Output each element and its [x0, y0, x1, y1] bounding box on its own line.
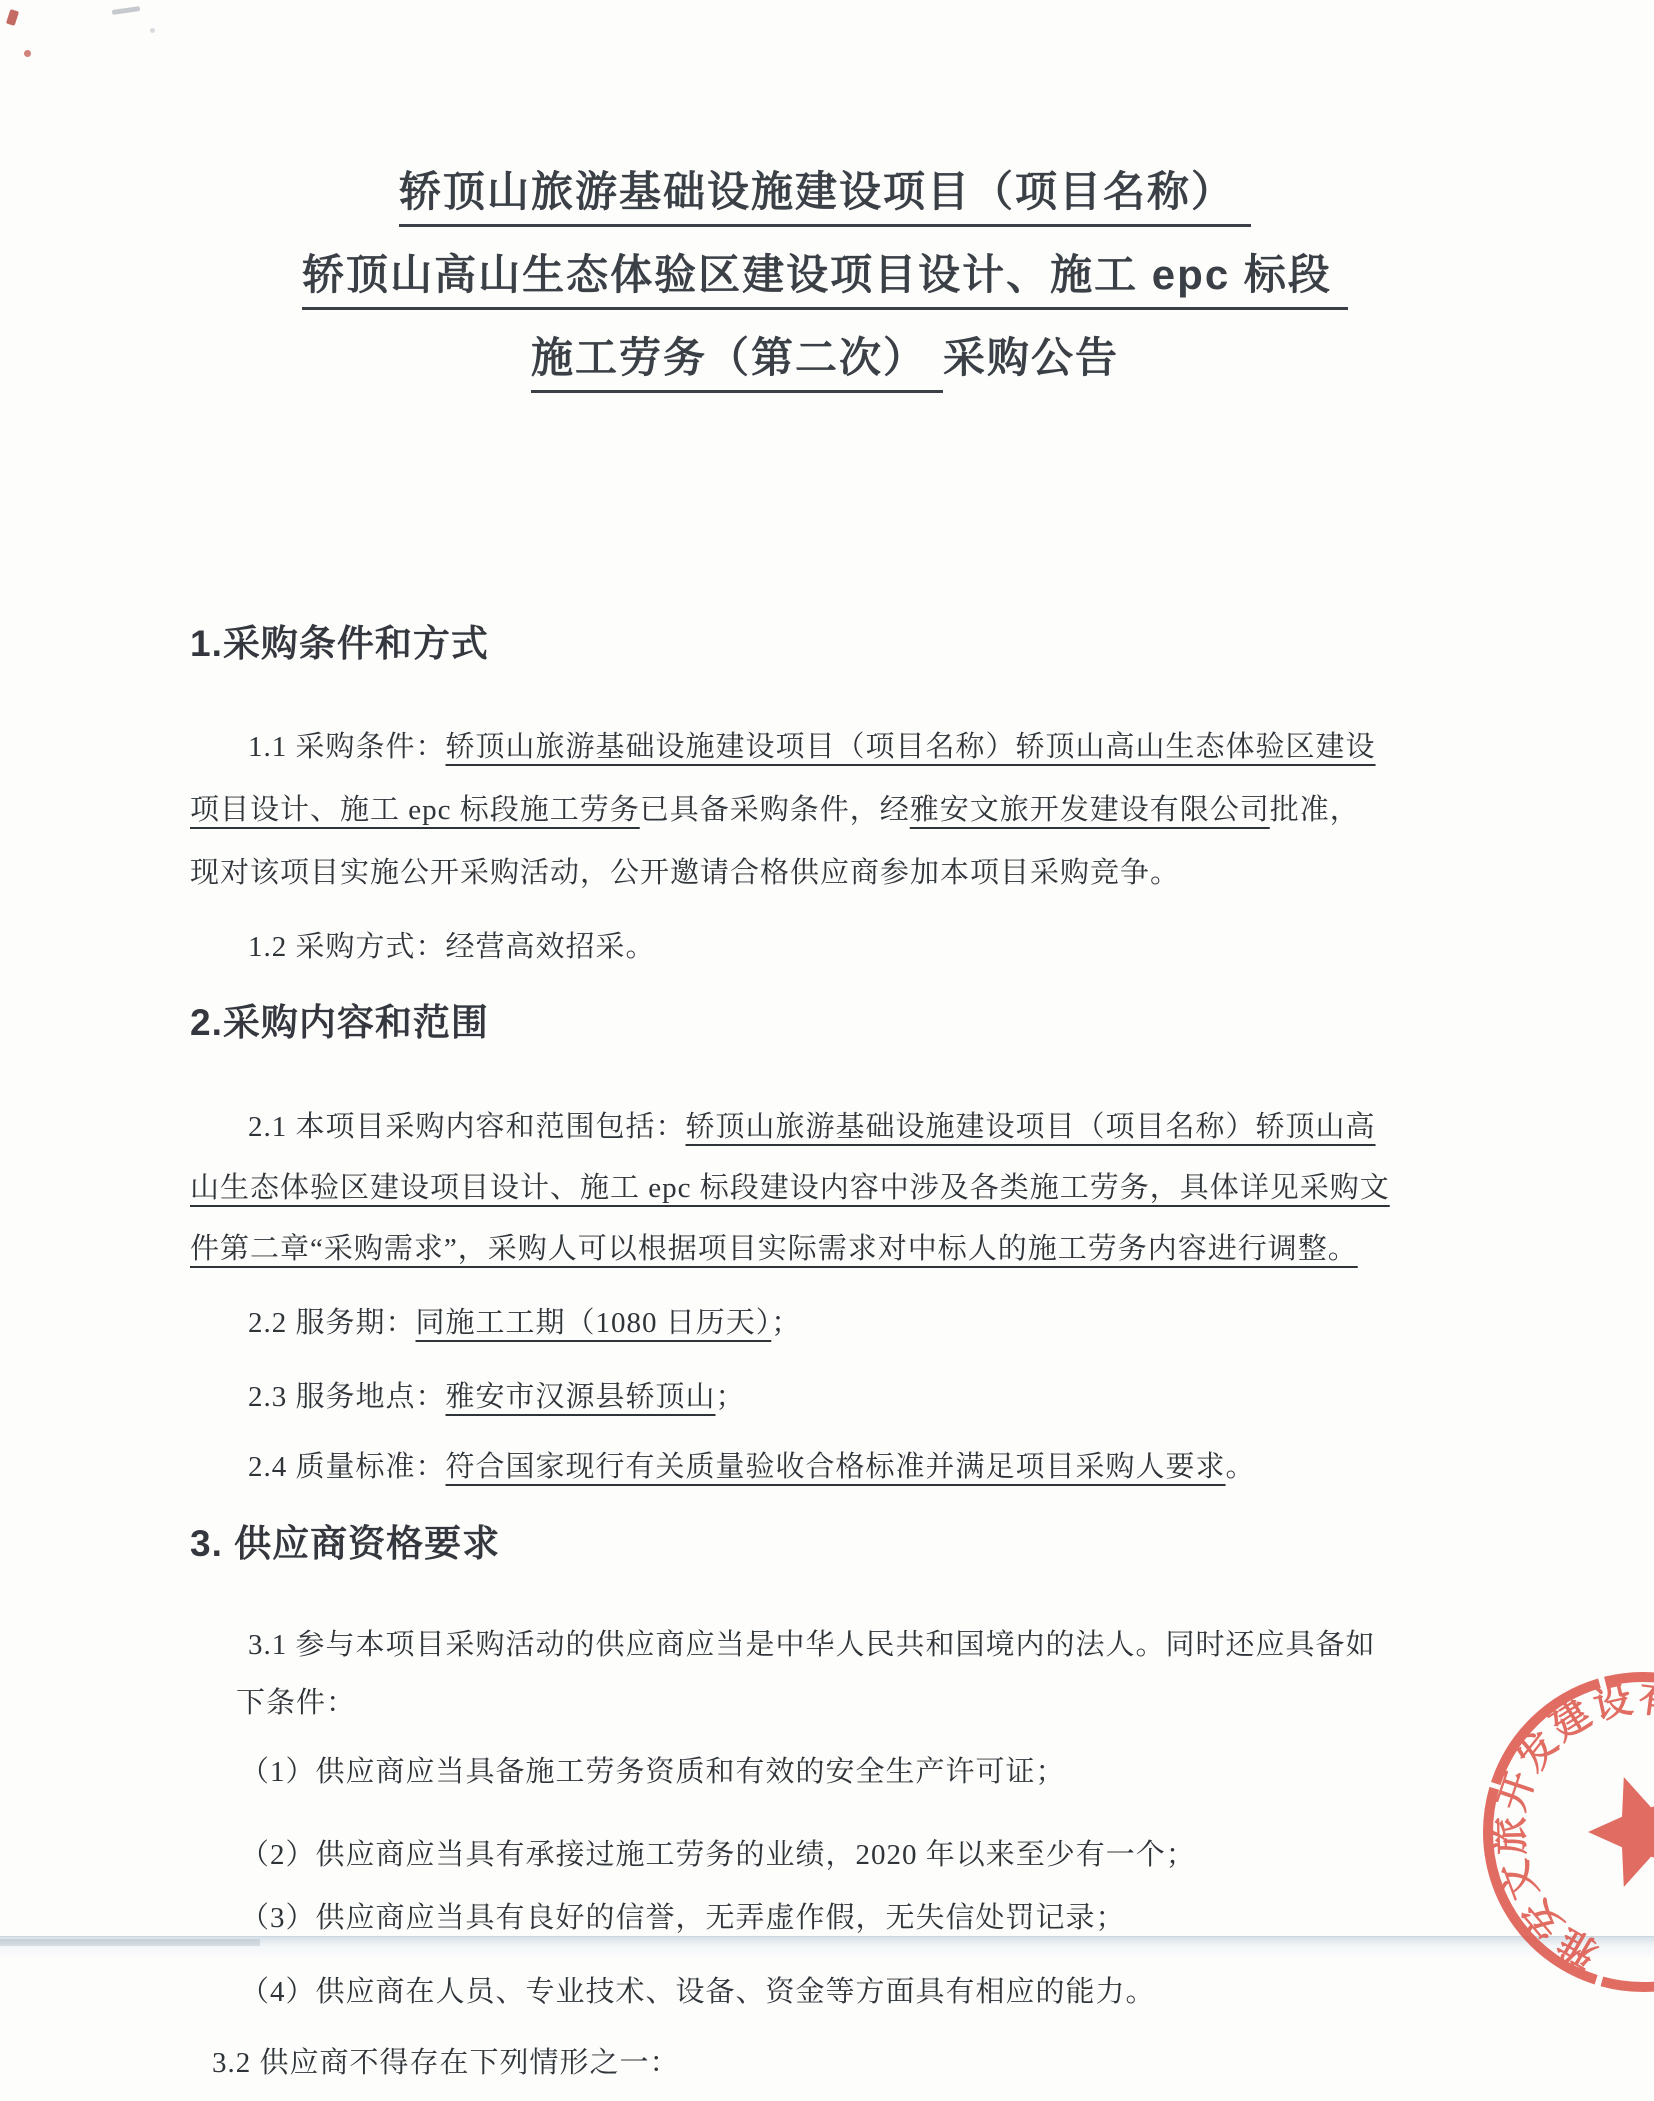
scan-speck [112, 6, 140, 15]
plain-text: （4）供应商在人员、专业技术、设备、资金等方面具有相应的能力。 [240, 1976, 1156, 2008]
para-1-2-line-1: 1.2 采购方式：经营高效招采。 [190, 926, 1538, 968]
para-2-1-line-2: 山生态体验区建设项目设计、施工 epc 标段建设内容中涉及各类施工劳务，具体详见… [190, 1167, 1480, 1209]
plain-text: 2.2 服务期： [248, 1307, 416, 1339]
condition-item-2: （2）供应商应当具有承接过施工劳务的业绩，2020 年以来至少有一个； [190, 1834, 1530, 1876]
para-3-2-line-1: 3.2 供应商不得存在下列情形之一： [190, 2042, 1502, 2084]
scanned-document-page: 轿顶山旅游基础设施建设项目（项目名称） 轿顶山高山生态体验区建设项目设计、施工 … [0, 0, 1654, 2101]
plain-text: 1.2 采购方式：经营高效招采。 [248, 931, 656, 963]
underlined-text: 同施工工期（1080 日历天） [416, 1307, 772, 1339]
para-3-1-line-1: 3.1 参与本项目采购活动的供应商应当是中华人民共和国境内的法人。同时还应具备如 [190, 1624, 1538, 1666]
plain-text: 3.1 参与本项目采购活动的供应商应当是中华人民共和国境内的法人。同时还应具备如 [248, 1629, 1376, 1661]
para-2-4-line-1: 2.4 质量标准：符合国家现行有关质量验收合格标准并满足项目采购人要求。 [190, 1446, 1538, 1488]
document-title-line-3: 施工劳务（第二次）采购公告 [190, 330, 1460, 386]
plain-text: 1.1 采购条件： [248, 731, 446, 763]
para-2-1-line-3: 件第二章“采购需求”，采购人可以根据项目实际需求对中标人的施工劳务内容进行调整。 [190, 1228, 1480, 1270]
scan-speck [24, 50, 31, 57]
plain-text: （3）供应商应当具有良好的信誉，无弄虚作假，无失信处罚记录； [240, 1902, 1126, 1934]
plain-text: 下条件： [236, 1687, 356, 1719]
para-1-1-line-1: 1.1 采购条件：轿顶山旅游基础设施建设项目（项目名称）轿顶山高山生态体验区建设 [190, 726, 1538, 768]
plain-text: 2.3 服务地点： [248, 1381, 446, 1413]
underlined-text: 轿顶山旅游基础设施建设项目（项目名称）轿顶山高山生态体验区建设 [446, 731, 1376, 763]
document-title-line-1: 轿顶山旅游基础设施建设项目（项目名称） [190, 164, 1460, 220]
condition-item-4: （4）供应商在人员、专业技术、设备、资金等方面具有相应的能力。 [190, 1971, 1530, 2013]
section-heading-2: 2.采购内容和范围 [190, 999, 489, 1047]
company-seal: 雅安文旅开发建设有限公司 [1455, 1645, 1654, 2045]
document-title-line-2: 轿顶山高山生态体验区建设项目设计、施工 epc 标段 [190, 247, 1460, 303]
condition-item-1: （1）供应商应当具备施工劳务资质和有效的安全生产许可证； [190, 1751, 1530, 1793]
plain-text: ； [771, 1307, 801, 1339]
underlined-text: 轿顶山高山生态体验区建设项目设计、施工 epc 标段 [302, 251, 1348, 310]
plain-text: 2.4 质量标准： [248, 1451, 446, 1483]
underlined-text: 雅安市汉源县轿顶山 [446, 1381, 716, 1413]
para-2-1-line-1: 2.1 本项目采购内容和范围包括：轿顶山旅游基础设施建设项目（项目名称）轿顶山高 [190, 1106, 1538, 1148]
plain-text: 现对该项目实施公开采购活动，公开邀请合格供应商参加本项目采购竞争。 [190, 857, 1180, 889]
para-2-2-line-1: 2.2 服务期：同施工工期（1080 日历天）； [190, 1302, 1538, 1344]
para-2-3-line-1: 2.3 服务地点：雅安市汉源县轿顶山； [190, 1376, 1538, 1418]
plain-text: （2）供应商应当具有承接过施工劳务的业绩，2020 年以来至少有一个； [240, 1839, 1196, 1871]
scan-artifact-smudge [0, 1939, 260, 1946]
underlined-text: 轿顶山旅游基础设施建设项目（项目名称）轿顶山高 [686, 1111, 1376, 1143]
section-heading-3: 3. 供应商资格要求 [190, 1520, 500, 1568]
underlined-text: 雅安文旅开发建设有限公司 [910, 794, 1270, 826]
para-1-1-line-3: 现对该项目实施公开采购活动，公开邀请合格供应商参加本项目采购竞争。 [190, 852, 1480, 894]
para-1-1-line-2: 项目设计、施工 epc 标段施工劳务已具备采购条件，经雅安文旅开发建设有限公司批… [190, 789, 1480, 831]
scan-speck [150, 28, 155, 33]
plain-text: 3.2 供应商不得存在下列情形之一： [212, 2047, 680, 2079]
plain-text: 已具备采购条件，经 [640, 794, 910, 826]
underlined-text: 山生态体验区建设项目设计、施工 epc 标段建设内容中涉及各类施工劳务，具体详见… [190, 1172, 1390, 1204]
underlined-text: 项目设计、施工 epc 标段施工劳务 [190, 794, 640, 826]
section-heading-1: 1.采购条件和方式 [190, 620, 489, 668]
underlined-text: 轿顶山旅游基础设施建设项目（项目名称） [399, 168, 1251, 227]
para-3-1-line-2: 下条件： [190, 1682, 1526, 1724]
plain-text: （1）供应商应当具备施工劳务资质和有效的安全生产许可证； [240, 1756, 1066, 1788]
underlined-text: 施工劳务（第二次） [531, 334, 943, 393]
plain-text: 2.1 本项目采购内容和范围包括： [248, 1111, 686, 1143]
seal-star-icon [1588, 1777, 1654, 1887]
plain-text: 批准， [1270, 794, 1360, 826]
scan-speck [6, 9, 19, 26]
plain-text: 采购公告 [943, 334, 1119, 381]
underlined-text: 符合国家现行有关质量验收合格标准并满足项目采购人要求 [446, 1451, 1226, 1483]
plain-text: ； [716, 1381, 746, 1413]
condition-item-3: （3）供应商应当具有良好的信誉，无弄虚作假，无失信处罚记录； [190, 1897, 1530, 1939]
plain-text: 。 [1226, 1451, 1256, 1483]
underlined-text: 件第二章“采购需求”，采购人可以根据项目实际需求对中标人的施工劳务内容进行调整。 [190, 1233, 1358, 1265]
